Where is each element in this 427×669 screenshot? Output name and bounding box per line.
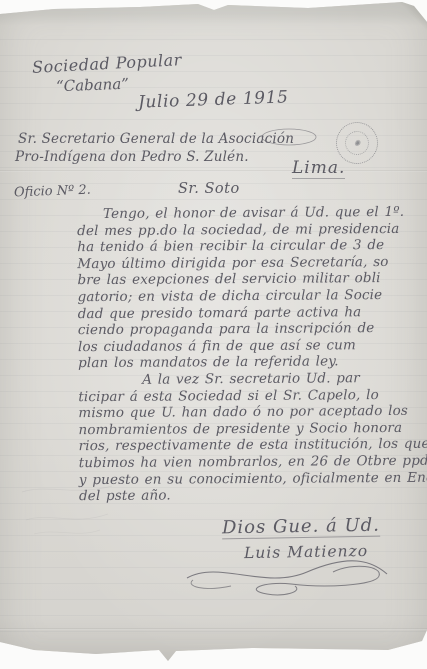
body-line: del pste año. (79, 486, 415, 505)
letter-paper: Sociedad Popular “Cabana” Julio 29 de 19… (0, 0, 427, 669)
office-number: Oficio Nº 2. (14, 183, 91, 201)
recipient-line2: Pro-Indígena don Pedro S. Zulén. (15, 149, 249, 165)
body-line: mismo que U. han dado ó no por aceptado … (78, 403, 414, 422)
archive-stamp-center: ✺ (343, 129, 371, 157)
fold-crease (0, 628, 427, 630)
closing-line: Dios Gue. á Ud. (222, 515, 380, 540)
body-line: tubimos ha vien nombrarlos, en 26 de Otb… (79, 453, 415, 472)
recipient-line1: Sr. Secretario General de la Asociación (18, 131, 294, 147)
body-line: ha tenido á bien recibir la circular de … (77, 237, 413, 256)
body-line: gatorio; en vista de dicha circular la S… (78, 287, 414, 306)
organization-name-line1: Sociedad Popular (32, 50, 183, 77)
salutation: Sr. Soto (178, 181, 240, 197)
scanned-letter: Sociedad Popular “Cabana” Julio 29 de 19… (0, 0, 427, 669)
date-line: Julio 29 de 1915 (138, 87, 289, 112)
organization-name-line2: “Cabana” (56, 75, 129, 96)
body-line: y puesto en su conocimiento, oficialment… (79, 469, 415, 488)
body-line: ciendo propaganda para la inscripción de (78, 320, 414, 339)
pencil-smudge (16, 462, 126, 546)
signature-flourish (183, 556, 395, 598)
letter-body: Tengo, el honor de avisar á Ud. que el 1… (77, 204, 415, 505)
fold-crease (0, 170, 427, 172)
ink-flourish (260, 127, 318, 147)
body-line: Tengo, el honor de avisar á Ud. que el 1… (77, 204, 413, 223)
city-line: Lima. (292, 158, 345, 179)
